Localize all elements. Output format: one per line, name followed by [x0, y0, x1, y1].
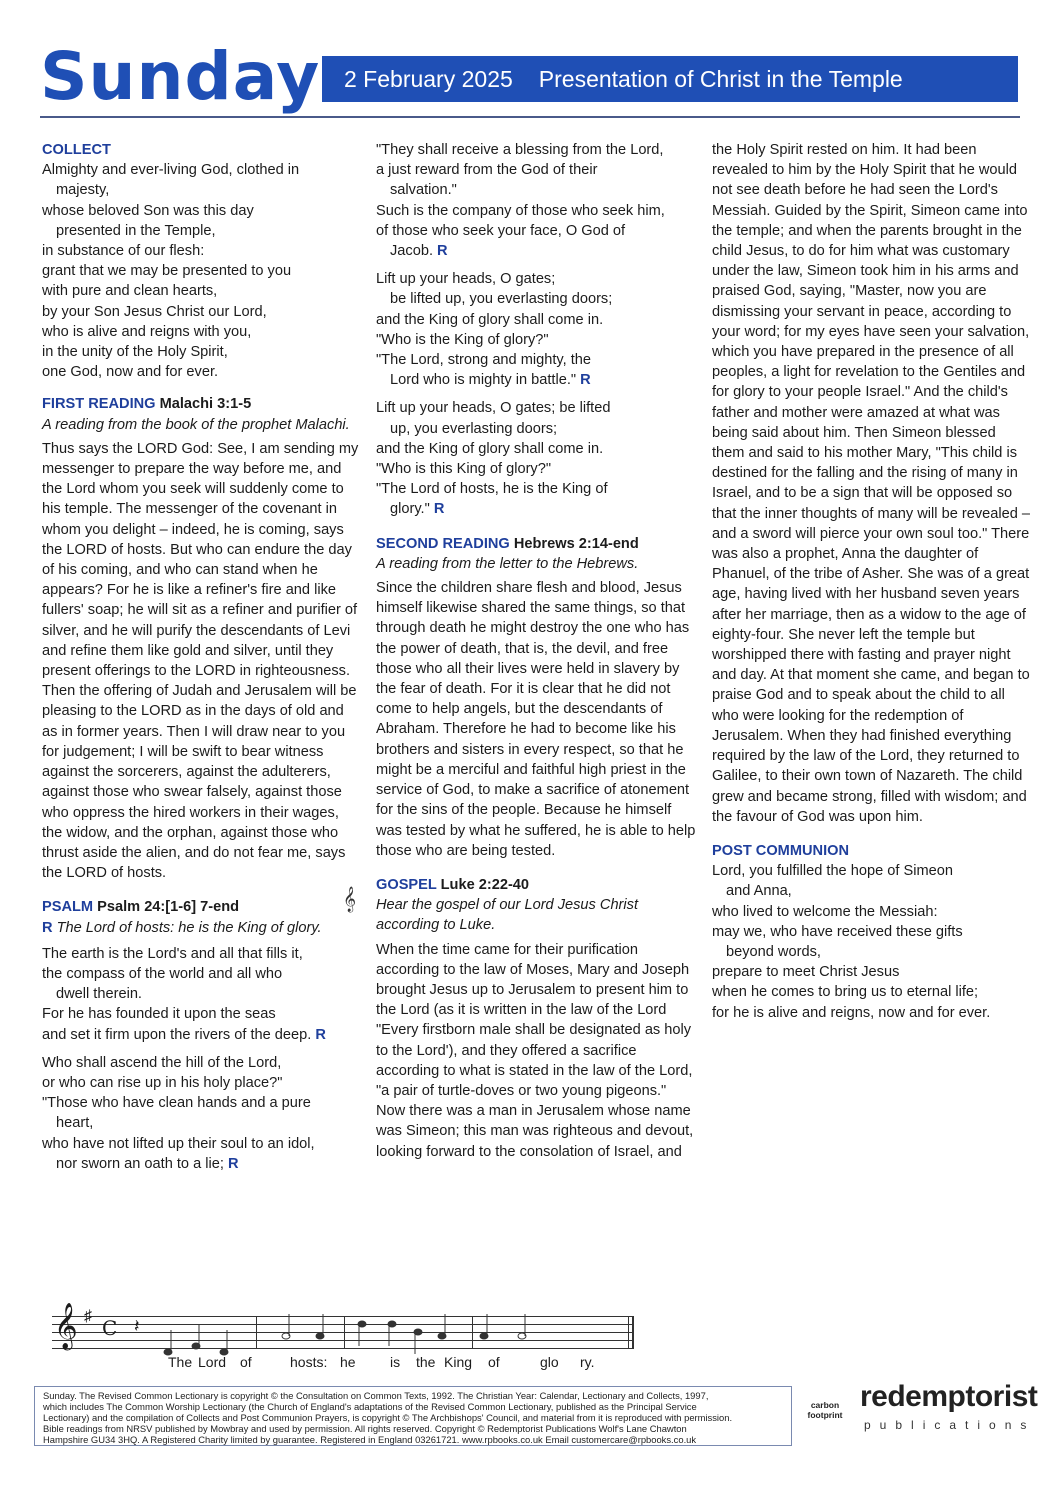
- gospel-reference: Luke 2:22-40: [441, 877, 529, 893]
- text-line: presented in the Temple,: [42, 221, 362, 241]
- lyric: The: [168, 1354, 192, 1370]
- second-reading-section: SECOND READING Hebrews 2:14-end A readin…: [376, 534, 696, 861]
- text-line: and Anna,: [712, 881, 1032, 901]
- copyright-line: Sunday. The Revised Common Lectionary is…: [43, 1390, 783, 1401]
- service-date: 2 February 2025: [344, 66, 513, 93]
- lyric: glo: [540, 1354, 559, 1370]
- lyric: hosts:: [290, 1354, 327, 1370]
- gospel-section: GOSPEL Luke 2:22-40 Hear the gospel of o…: [376, 875, 696, 1162]
- text-line: "Who is the King of glory?": [376, 330, 696, 350]
- brand-name: redemptorist: [860, 1380, 1037, 1414]
- copyright-line: Lectionary) and the compilation of Colle…: [43, 1412, 783, 1423]
- text-line: or who can rise up in his holy place?": [42, 1073, 362, 1093]
- carbon-footprint-icon: carbon footprint: [800, 1384, 850, 1434]
- gospel-text-part1: When the time came for their purificatio…: [376, 940, 696, 1162]
- first-reading-text: Thus says the LORD God: See, I am sendin…: [42, 439, 362, 883]
- post-communion-section: POST COMMUNION Lord, you fulfilled the h…: [712, 841, 1032, 1023]
- text-line: up, you everlasting doors;: [376, 419, 696, 439]
- carbon-label: carbon: [800, 1400, 850, 1410]
- text-line: dwell therein.: [42, 984, 362, 1004]
- psalm-stanzas-continued: "They shall receive a blessing from the …: [376, 140, 696, 520]
- text-line: beyond words,: [712, 942, 1032, 962]
- text-line: majesty,: [42, 180, 362, 200]
- text-line: may we, who have received these gifts: [712, 922, 1032, 942]
- text-line: "Those who have clean hands and a pure: [42, 1093, 362, 1113]
- second-reading-heading: SECOND READING Hebrews 2:14-end: [376, 534, 696, 554]
- header-divider: [40, 116, 1020, 118]
- text-line: who is alive and reigns with you,: [42, 322, 362, 342]
- response-marker: R: [224, 1156, 239, 1172]
- lyric: of: [240, 1354, 252, 1370]
- text-line: Almighty and ever-living God, clothed in: [42, 160, 362, 180]
- text-line: who have not lifted up their soul to an …: [42, 1134, 362, 1154]
- response-marker: R: [433, 243, 448, 259]
- psalm-response: R The Lord of hosts: he is the King of g…: [42, 918, 362, 938]
- text-line: heart,: [42, 1113, 362, 1133]
- lyric: King: [444, 1354, 472, 1370]
- response-marker: R: [42, 920, 53, 936]
- collect-text: Almighty and ever-living God, clothed in…: [42, 160, 362, 382]
- gospel-text-part2: the Holy Spirit rested on him. It had be…: [712, 140, 1032, 827]
- text-line: the compass of the world and all who: [42, 964, 362, 984]
- psalm-stanzas: The earth is the Lord's and all that fil…: [42, 944, 362, 1174]
- lyric: the: [416, 1354, 435, 1370]
- lyric: of: [488, 1354, 500, 1370]
- psalm-stanza: Lift up your heads, O gates; be liftedup…: [376, 398, 696, 519]
- text-line: Lift up your heads, O gates;: [376, 269, 696, 289]
- text-line: Such is the company of those who seek hi…: [376, 201, 696, 221]
- brand-subtitle: publications: [864, 1418, 1035, 1432]
- text-line: and the King of glory shall come in.: [376, 310, 696, 330]
- copyright-notice: Sunday. The Revised Common Lectionary is…: [34, 1386, 792, 1446]
- text-line: whose beloved Son was this day: [42, 201, 362, 221]
- text-line: by your Son Jesus Christ our Lord,: [42, 302, 362, 322]
- text-line: for he is alive and reigns, now and for …: [712, 1003, 1032, 1023]
- text-line: grant that we may be presented to you: [42, 261, 362, 281]
- copyright-line: Bible readings from NRSV published by Mo…: [43, 1423, 783, 1434]
- text-line: "The Lord, strong and mighty, the: [376, 350, 696, 370]
- column-2: "They shall receive a blessing from the …: [376, 140, 696, 1174]
- text-line: nor sworn an oath to a lie; R: [42, 1154, 362, 1174]
- text-line: and the King of glory shall come in.: [376, 439, 696, 459]
- title-banner: 2 February 2025 Presentation of Christ i…: [322, 56, 1018, 102]
- psalm-section: 𝄞 PSALM Psalm 24:[1-6] 7-end R The Lord …: [42, 897, 362, 1174]
- text-line: when he comes to bring us to eternal lif…: [712, 982, 1032, 1002]
- gospel-heading: GOSPEL Luke 2:22-40: [376, 875, 696, 895]
- text-line: Jacob. R: [376, 241, 696, 261]
- psalm-stanza: Lift up your heads, O gates;be lifted up…: [376, 269, 696, 390]
- column-3: the Holy Spirit rested on him. It had be…: [712, 140, 1032, 1035]
- text-line: salvation.": [376, 180, 696, 200]
- second-reading-reference: Hebrews 2:14-end: [514, 536, 639, 552]
- first-reading-reference: Malachi 3:1-5: [160, 396, 252, 412]
- footprint-label: footprint: [800, 1410, 850, 1420]
- text-line: a just reward from the God of their: [376, 160, 696, 180]
- copyright-line: which includes The Common Worship Lectio…: [43, 1401, 783, 1412]
- page-header: Sunday 2 February 2025 Presentation of C…: [40, 44, 1020, 124]
- second-reading-label: SECOND READING: [376, 536, 510, 552]
- response-marker: R: [430, 501, 445, 517]
- text-line: Who shall ascend the hill of the Lord,: [42, 1053, 362, 1073]
- post-communion-heading: POST COMMUNION: [712, 841, 1032, 861]
- text-line: "They shall receive a blessing from the …: [376, 140, 696, 160]
- text-line: "The Lord of hosts, he is the King of: [376, 479, 696, 499]
- post-communion-text: Lord, you fulfilled the hope of Simeonan…: [712, 861, 1032, 1023]
- text-line: prepare to meet Christ Jesus: [712, 962, 1032, 982]
- text-line: who lived to welcome the Messiah:: [712, 902, 1032, 922]
- psalm-stanza: "They shall receive a blessing from the …: [376, 140, 696, 261]
- text-line: Lord who is mighty in battle." R: [376, 370, 696, 390]
- response-text: The Lord of hosts: he is the King of glo…: [57, 920, 322, 936]
- response-marker: R: [311, 1027, 326, 1043]
- psalm-heading: PSALM Psalm 24:[1-6] 7-end: [42, 897, 362, 917]
- response-marker: R: [576, 372, 591, 388]
- first-reading-section: FIRST READING Malachi 3:1-5 A reading fr…: [42, 394, 362, 883]
- text-line: with pure and clean hearts,: [42, 281, 362, 301]
- first-reading-intro: A reading from the book of the prophet M…: [42, 415, 362, 435]
- text-line: in the unity of the Holy Spirit,: [42, 342, 362, 362]
- gospel-intro: Hear the gospel of our Lord Jesus Christ…: [376, 895, 696, 935]
- text-line: Lord, you fulfilled the hope of Simeon: [712, 861, 1032, 881]
- collect-heading: COLLECT: [42, 140, 362, 160]
- first-reading-label: FIRST READING: [42, 396, 156, 412]
- music-notation: 𝄞 ♯ C 𝄽 The Lord of hosts: he is the Kin…: [44, 1300, 634, 1380]
- day-title: Sunday: [40, 38, 320, 115]
- occasion-title: Presentation of Christ in the Temple: [539, 66, 903, 93]
- gospel-label: GOSPEL: [376, 877, 437, 893]
- text-line: For he has founded it upon the seas: [42, 1004, 362, 1024]
- column-1: COLLECT Almighty and ever-living God, cl…: [42, 140, 362, 1186]
- text-line: glory." R: [376, 499, 696, 519]
- psalm-reference: Psalm 24:[1-6] 7-end: [97, 899, 239, 915]
- psalm-stanza: The earth is the Lord's and all that fil…: [42, 944, 362, 1045]
- psalm-stanza: Who shall ascend the hill of the Lord,or…: [42, 1053, 362, 1174]
- text-line: in substance of our flesh:: [42, 241, 362, 261]
- lyric: is: [390, 1354, 400, 1370]
- text-line: of those who seek your face, O God of: [376, 221, 696, 241]
- text-line: The earth is the Lord's and all that fil…: [42, 944, 362, 964]
- notes-icon: [44, 1300, 634, 1360]
- lyric: Lord: [198, 1354, 226, 1370]
- text-line: "Who is this King of glory?": [376, 459, 696, 479]
- psalm-label: PSALM: [42, 899, 93, 915]
- second-reading-text: Since the children share flesh and blood…: [376, 578, 696, 861]
- text-line: be lifted up, you everlasting doors;: [376, 289, 696, 309]
- second-reading-intro: A reading from the letter to the Hebrews…: [376, 554, 696, 574]
- text-line: Lift up your heads, O gates; be lifted: [376, 398, 696, 418]
- text-line: and set it firm upon the rivers of the d…: [42, 1025, 362, 1045]
- text-line: one God, now and for ever.: [42, 362, 362, 382]
- collect-section: COLLECT Almighty and ever-living God, cl…: [42, 140, 362, 382]
- lyric: he: [340, 1354, 356, 1370]
- first-reading-heading: FIRST READING Malachi 3:1-5: [42, 394, 362, 414]
- copyright-line: Hampshire GU34 3HQ. A Registered Charity…: [43, 1434, 783, 1445]
- treble-clef-icon: 𝄞: [343, 889, 356, 909]
- lyric: ry.: [580, 1354, 595, 1370]
- publisher-logo: carbon footprint redemptorist publicatio…: [800, 1384, 1030, 1440]
